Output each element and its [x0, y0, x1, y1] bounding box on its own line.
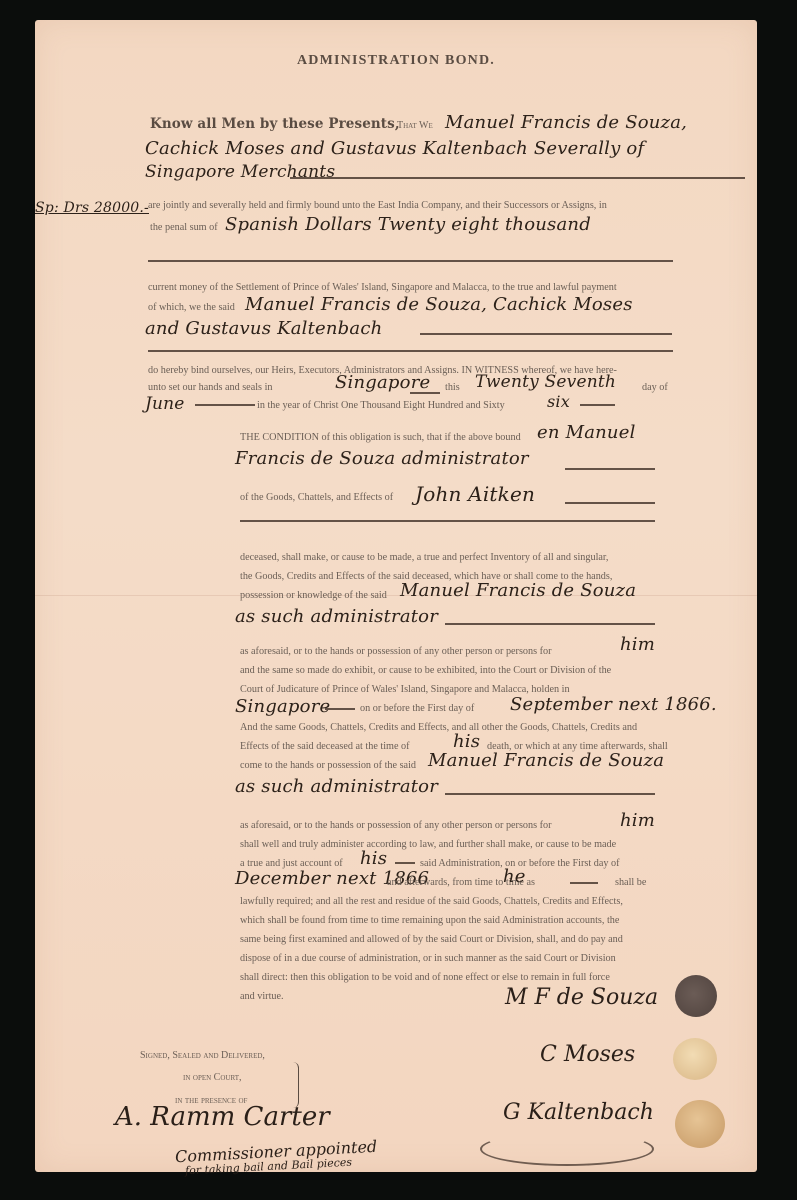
para2-hw-him: him [620, 634, 655, 655]
fill-line [195, 404, 255, 406]
fold-crease [35, 595, 757, 596]
fill-line [570, 882, 598, 884]
para1-line3: possession or knowledge of the said [240, 590, 387, 602]
place-hw: Singapore [335, 372, 430, 393]
fill-line [445, 793, 655, 795]
fill-line [395, 862, 415, 864]
para2-hw-his: his [453, 731, 480, 752]
para2-line1: as aforesaid, or to the hands or possess… [240, 646, 552, 658]
para3-hw-him: him [620, 810, 655, 831]
document-title: ADMINISTRATION BOND. [35, 53, 757, 69]
obligors-hw-line2: Cachick Moses and Gustavus Kaltenbach Se… [145, 138, 644, 159]
para2-line5: And the same Goods, Chattels, Credits an… [240, 722, 637, 734]
para1-line1: deceased, shall make, or cause to be mad… [240, 552, 608, 564]
attestation-line1: Signed, Sealed and Delivered, [140, 1050, 265, 1062]
fill-line [420, 333, 672, 335]
para2-hw-name: Manuel Francis de Souza [428, 750, 664, 771]
payment-label: of which, we the said [148, 302, 235, 314]
fill-line [580, 404, 615, 406]
unto-text: unto set our hands and seals in [148, 382, 273, 394]
signature-flourish [480, 1132, 654, 1166]
deceased-hw: John Aitken [415, 482, 535, 506]
signature-de-souza: M F de Souza [505, 985, 658, 1010]
fill-line [565, 502, 655, 504]
month-hw: June [145, 394, 185, 414]
day-of-label: day of [642, 382, 668, 394]
witness-signature: A. Ramm Carter [115, 1102, 330, 1132]
goods-label: of the Goods, Chattels, and Effects of [240, 492, 393, 504]
para3-hw-he: he [503, 866, 526, 887]
signature-moses: C Moses [540, 1042, 635, 1067]
para3-line7: same being first examined and allowed of… [240, 934, 623, 946]
this-label: this [445, 382, 460, 394]
fill-line [148, 260, 673, 262]
para2-line6a: Effects of the said deceased at the time… [240, 741, 410, 753]
bond-document: ADMINISTRATION BOND. Sp: Drs 28000.- Kno… [35, 20, 757, 1172]
para3-line5: lawfully required; and all the rest and … [240, 896, 623, 908]
attestation-line2: in open Court, [183, 1072, 241, 1084]
para3-line8: dispose of in a due course of administra… [240, 953, 616, 965]
year-text: in the year of Christ One Thousand Eight… [257, 400, 505, 412]
para2-hw-date: September next 1866. [510, 694, 717, 715]
fill-line [290, 177, 745, 179]
that-we-label: That We [397, 120, 433, 132]
fill-line [410, 392, 440, 394]
fill-line [325, 708, 355, 710]
fill-line [240, 520, 655, 522]
paper-seal-stained [675, 1100, 725, 1148]
obligors-hw-line3: Singapore Merchants [145, 162, 335, 182]
para3-line4b: shall be [615, 877, 646, 889]
para2-line2: and the same so made do exhibit, or caus… [240, 665, 611, 677]
opening-blackletter: Know all Men by these Presents, [150, 118, 400, 130]
bound-text: are jointly and severally held and firml… [148, 200, 607, 212]
para2-line4: on or before the First day of [360, 703, 474, 715]
day-hw: Twenty Seventh [475, 372, 616, 392]
para3-hw-his: his [360, 848, 387, 869]
fill-line [445, 623, 655, 625]
para1-hw1: Manuel Francis de Souza [400, 580, 636, 601]
para3-line2: shall well and truly administer accordin… [240, 839, 616, 851]
para3-line9: shall direct: then this obligation to be… [240, 972, 610, 984]
fill-line [148, 350, 673, 352]
currency-text: current money of the Settlement of Princ… [148, 282, 617, 294]
para3-line10: and virtue. [240, 991, 284, 1003]
payment-hw1: Manuel Francis de Souza, Cachick Moses [245, 294, 633, 315]
margin-note: Sp: Drs 28000.- [35, 200, 149, 216]
paper-seal-light [673, 1038, 717, 1080]
year-hw: six [547, 392, 570, 411]
penal-sum-label: the penal sum of [150, 222, 218, 234]
para2-hw-place: Singapore [235, 696, 330, 717]
condition-hw1: en Manuel [537, 422, 636, 443]
fill-line [565, 468, 655, 470]
payment-hw2: and Gustavus Kaltenbach [145, 318, 382, 339]
para3-line1: as aforesaid, or to the hands or possess… [240, 820, 552, 832]
para3-line6: which shall be found from time to time r… [240, 915, 619, 927]
condition-hw2: Francis de Souza administrator [235, 448, 529, 469]
condition-text: THE CONDITION of this obligation is such… [240, 432, 521, 444]
penal-sum-hw: Spanish Dollars Twenty eight thousand [225, 214, 591, 235]
para2-line7: come to the hands or possession of the s… [240, 760, 416, 772]
obligors-hw-line1: Manuel Francis de Souza, [445, 112, 687, 133]
signature-kaltenbach: G Kaltenbach [503, 1100, 654, 1125]
para2-hw-as: as such administrator [235, 776, 438, 797]
wax-seal-dark [675, 975, 717, 1017]
para1-hw2: as such administrator [235, 606, 438, 627]
